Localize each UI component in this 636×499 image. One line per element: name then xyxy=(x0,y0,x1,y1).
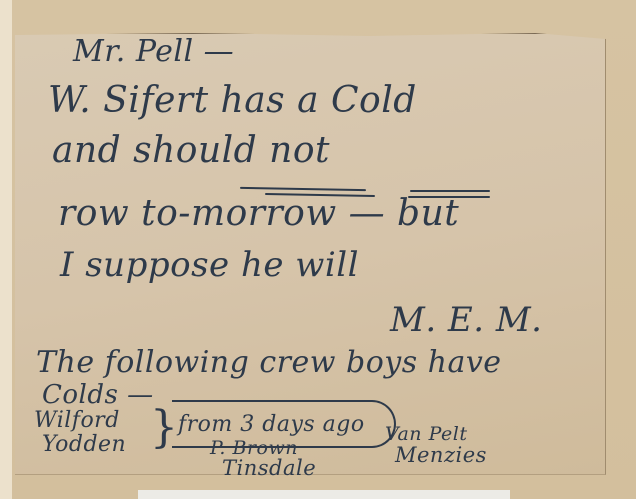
salutation: Mr. Pell — xyxy=(73,34,234,69)
since-note: from 3 days ago xyxy=(178,412,365,437)
name-yodden: Yodden xyxy=(42,432,126,457)
name-tinsdale: Tinsdale xyxy=(222,456,316,480)
name-van-pelt: Van Pelt xyxy=(385,423,467,445)
adjacent-card-edge xyxy=(138,490,510,499)
name-menzies: Menzies xyxy=(395,443,487,467)
brace-icon: } xyxy=(150,406,179,450)
body-line-1: W. Sifert has a Cold xyxy=(48,80,417,121)
body-line-3: row to-morrow — but xyxy=(58,193,459,234)
postscript-intro-1: The following crew boys have xyxy=(36,345,502,380)
page-edge-strip xyxy=(0,0,12,499)
postscript-intro-2: Colds — xyxy=(42,380,154,410)
body-line-4: I suppose he will xyxy=(60,245,359,285)
underline-not xyxy=(410,190,490,192)
name-wilford: Wilford xyxy=(34,408,120,433)
signature-initials: M. E. M. xyxy=(390,300,542,340)
body-line-2: and should not xyxy=(52,130,330,171)
